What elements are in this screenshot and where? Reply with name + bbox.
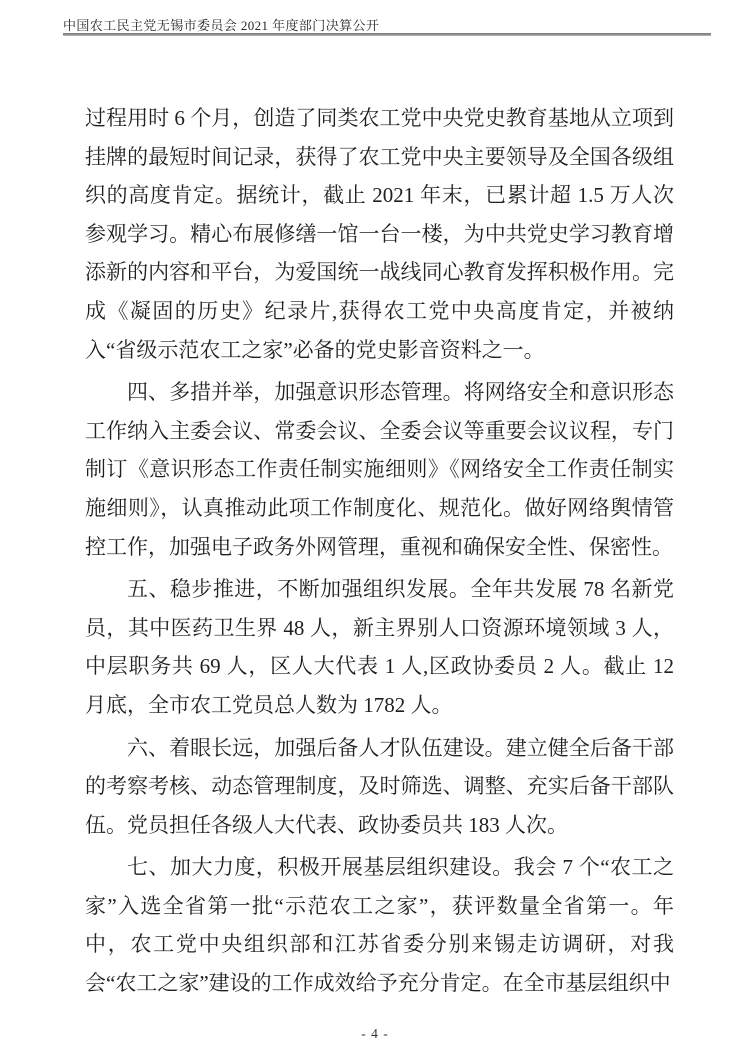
paragraph-section-5: 五、稳步推进，不断加强组织发展。全年共发展 78 名新党员，其中医药卫生界 48…: [85, 570, 674, 724]
page-header-title: 中国农工民主党无锡市委员会 2021 年度部门决算公开: [63, 15, 711, 34]
page-number: - 4 -: [0, 1026, 750, 1042]
header-divider: [63, 33, 711, 36]
document-page: 中国农工民主党无锡市委员会 2021 年度部门决算公开 过程用时 6 个月，创造…: [0, 0, 750, 1061]
paragraph-section-6: 六、着眼长远，加强后备人才队伍建设。建立健全后备干部的考察考核、动态管理制度，及…: [85, 729, 674, 845]
paragraph-section-7: 七、加大力度，积极开展基层组织建设。我会 7 个“农工之家”入选全省第一批“示范…: [85, 848, 674, 1002]
document-body: 过程用时 6 个月，创造了同类农工党中央党史教育基地从立项到挂牌的最短时间记录，…: [85, 99, 674, 1007]
paragraph-continuation: 过程用时 6 个月，创造了同类农工党中央党史教育基地从立项到挂牌的最短时间记录，…: [85, 99, 674, 369]
paragraph-section-4: 四、多措并举，加强意识形态管理。将网络安全和意识形态工作纳入主委会议、常委会议、…: [85, 373, 674, 566]
